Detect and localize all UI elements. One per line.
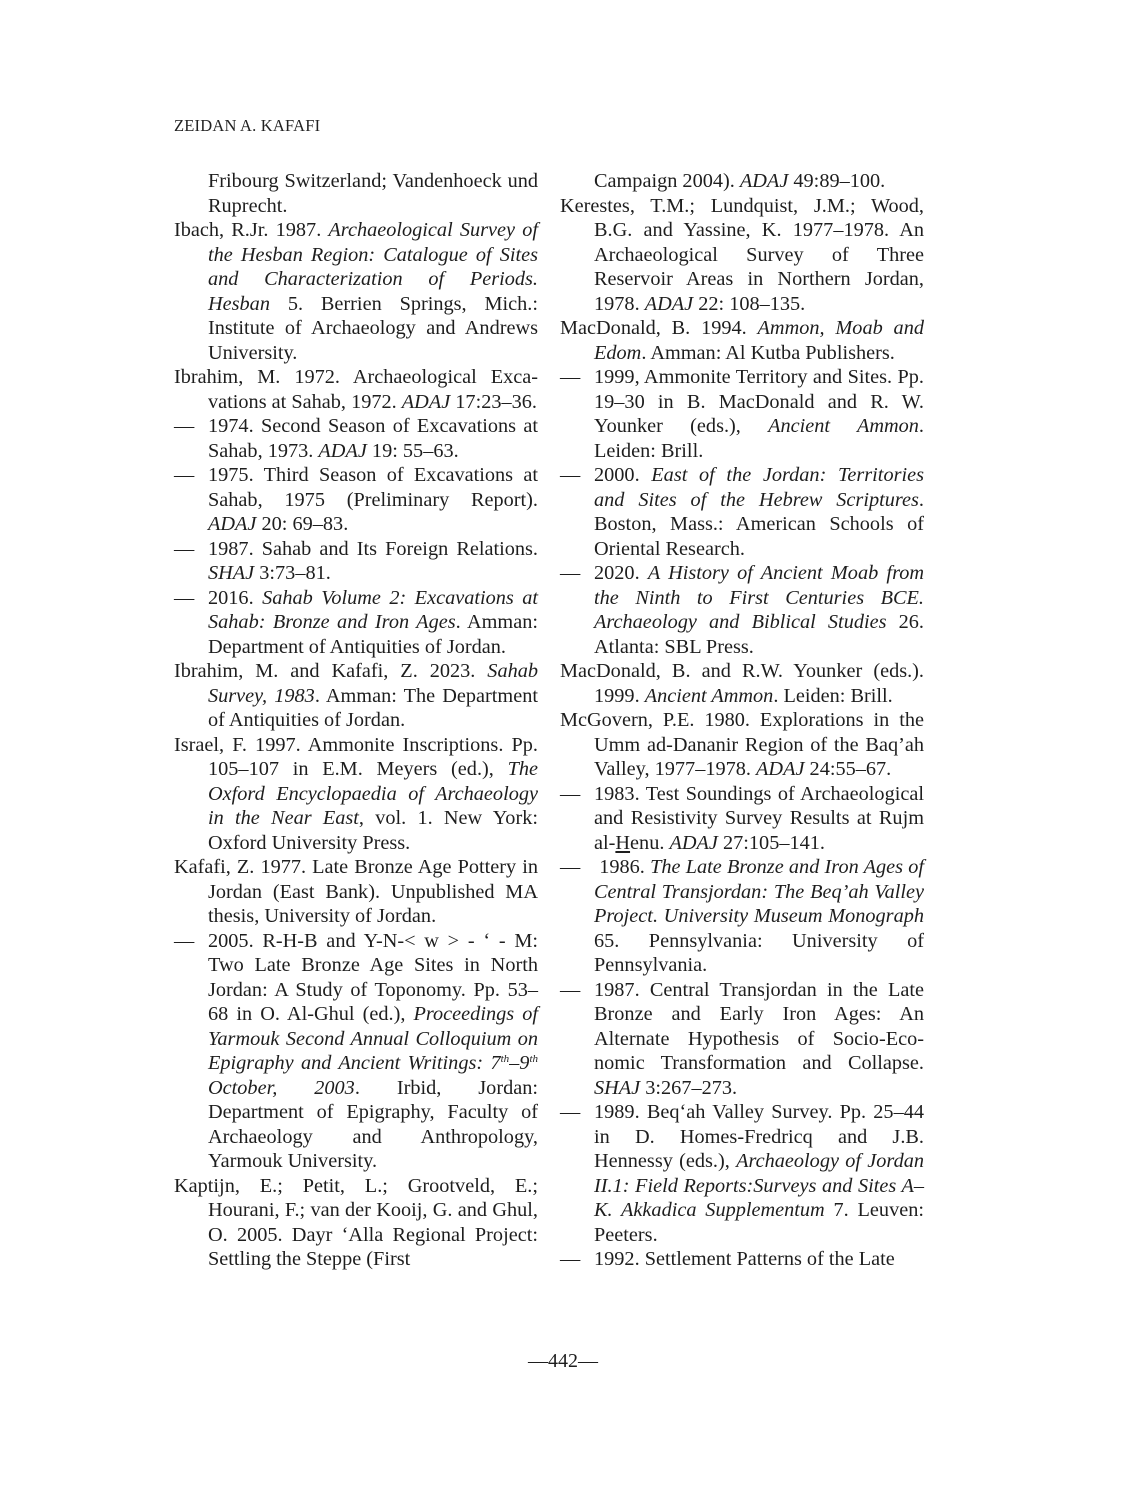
reference-text: Israel, F. 1997. Ammonite Inscrip­tions.… — [174, 734, 538, 781]
reference-text: 3:73–81. — [254, 562, 331, 584]
same-author-dash: — — [560, 463, 594, 488]
italic-title: ADAJ — [402, 391, 450, 413]
reference-entry-same-author: —1987. Sahab and Its Foreign Rela­tions.… — [174, 537, 538, 586]
italic-title: ADAJ — [669, 832, 717, 854]
reference-entry-same-author: —1987. Central Transjordan in the Late B… — [560, 978, 924, 1101]
reference-text: 1987. Central Transjordan in the Late Br… — [594, 979, 924, 1075]
reference-entry-same-author: — 1986. The Late Bronze and Iron Ages of… — [560, 855, 924, 978]
reference-text: Ibach, R.Jr. 1987. — [174, 219, 328, 241]
reference-entry: McGovern, P.E. 1980. Explorations in the… — [560, 708, 924, 782]
reference-text: 65. Pennsyl­vania: University of Pennsyl… — [594, 930, 924, 977]
reference-text: 17:23–36. — [450, 391, 537, 413]
reference-entry-same-author: —1992. Settlement Patterns of the Late — [560, 1247, 924, 1272]
reference-text: Ibrahim, M. and Kafafi, Z. 2023. — [174, 660, 487, 682]
reference-text: 24:55–67. — [804, 758, 891, 780]
same-author-dash: — — [560, 1100, 594, 1125]
reference-continuation: Campaign 2004). ADAJ 49:89–100. — [560, 169, 924, 194]
reference-entry-same-author: —1999, Ammonite Territory and Sites. Pp.… — [560, 365, 924, 463]
reference-text: Fribourg Switzerland; Vandenhoeck und Ru… — [208, 170, 538, 217]
reference-entry: Ibrahim, M. 1972. Archaeological Exca­va… — [174, 365, 538, 414]
reference-entry-same-author: —1989. Beq‘ah Valley Survey. Pp. 25–44 i… — [560, 1100, 924, 1247]
italic-title: ADAJ — [756, 758, 804, 780]
reference-continuation: Fribourg Switzerland; Vandenhoeck und Ru… — [174, 169, 538, 218]
reference-entry-same-author: —2005. R-H-B and Y-N-< w > - ‘ - M: Two … — [174, 929, 538, 1174]
same-author-dash: — — [560, 978, 594, 1003]
italic-title: ADAJ — [208, 513, 256, 535]
reference-entry: Ibrahim, M. and Kafafi, Z. 2023. Sahab S… — [174, 659, 538, 733]
reference-entry-same-author: —1974. Second Season of Excavations at S… — [174, 414, 538, 463]
reference-text: MacDonald, B. 1994. — [560, 317, 758, 339]
reference-text: 3:267–273. — [640, 1077, 737, 1099]
reference-entry-same-author: —2020. A History of Ancient Moab from th… — [560, 561, 924, 659]
same-author-dash: — — [174, 414, 208, 439]
reference-entry: Ibach, R.Jr. 1987. Archaeological Survey… — [174, 218, 538, 365]
reference-entry: Israel, F. 1997. Ammonite Inscrip­tions.… — [174, 733, 538, 856]
reference-text: 1975. Third Season of Excavations at Sah… — [208, 464, 538, 511]
italic-title: Ancient Ammon — [768, 415, 919, 437]
reference-text: 2016. — [208, 587, 262, 609]
reference-entry-same-author: —2016. Sahab Volume 2: Excavations at Sa… — [174, 586, 538, 660]
reference-text: 22: 108–135. — [693, 293, 805, 315]
italic-title: –9 — [509, 1052, 529, 1074]
reference-text: 49:89–100. — [788, 170, 885, 192]
running-head: ZEIDAN A. KAFAFI — [174, 116, 320, 136]
reference-entry: Kaptijn, E.; Petit, L.; Grootveld, E.; H… — [174, 1174, 538, 1272]
reference-entry: MacDonald, B. and R.W. Younker (eds.). 1… — [560, 659, 924, 708]
italic-title: ADAJ — [740, 170, 788, 192]
reference-text: 19: 55–63. — [367, 440, 459, 462]
reference-text: enu. — [630, 832, 669, 854]
reference-text: Kaptijn, E.; Petit, L.; Grootveld, E.; H… — [174, 1175, 538, 1271]
reference-text: 27:105–141. — [718, 832, 825, 854]
italic-title: SHAJ — [594, 1077, 640, 1099]
reference-text: 1987. Sahab and Its Foreign Rela­tions. — [208, 538, 538, 560]
superscript: th — [529, 1053, 538, 1065]
reference-entry-same-author: —1983. Test Soundings of Archaeolog­ical… — [560, 782, 924, 856]
same-author-dash: — — [174, 537, 208, 562]
bibliography-column-right: Campaign 2004). ADAJ 49:89–100.Kerestes,… — [560, 169, 924, 1272]
reference-text: 1986. — [594, 856, 650, 878]
page-number: —442— — [0, 1350, 1126, 1373]
same-author-dash: — — [560, 365, 594, 390]
same-author-dash: — — [560, 855, 594, 880]
reference-text: Campaign 2004). — [594, 170, 740, 192]
same-author-dash: — — [174, 586, 208, 611]
same-author-dash: — — [174, 463, 208, 488]
reference-text: 2020. — [594, 562, 648, 584]
same-author-dash: — — [174, 929, 208, 954]
reference-text: 2000. — [594, 464, 651, 486]
reference-text: Kafafi, Z. 1977. Late Bronze Age Pottery… — [174, 856, 538, 927]
reference-entry-same-author: —2000. East of the Jordan: Territories a… — [560, 463, 924, 561]
reference-entry-same-author: —1975. Third Season of Excavations at Sa… — [174, 463, 538, 537]
italic-title: October, 2003 — [208, 1077, 355, 1099]
same-author-dash: — — [560, 1247, 594, 1272]
italic-title: ADAJ — [645, 293, 693, 315]
reference-entry: Kerestes, T.M.; Lundquist, J.M.; Wood, B… — [560, 194, 924, 317]
reference-text: . Leiden: Brill. — [773, 685, 892, 707]
reference-entry: MacDonald, B. 1994. Ammon, Moab and Edom… — [560, 316, 924, 365]
italic-title: ADAJ — [318, 440, 366, 462]
same-author-dash: — — [560, 782, 594, 807]
reference-text: . Amman: Al Kutba Pub­lishers. — [641, 342, 895, 364]
bibliography-column-left: Fribourg Switzerland; Vandenhoeck und Ru… — [174, 169, 538, 1272]
same-author-dash: — — [560, 561, 594, 586]
italic-title: SHAJ — [208, 562, 254, 584]
reference-text: 20: 69–83. — [256, 513, 348, 535]
reference-text: 1992. Settlement Patterns of the Late — [594, 1248, 895, 1270]
reference-entry: Kafafi, Z. 1977. Late Bronze Age Pottery… — [174, 855, 538, 929]
underlined-letter: H — [615, 832, 630, 854]
superscript: th — [501, 1053, 510, 1065]
italic-title: Ancient Ammon — [645, 685, 774, 707]
